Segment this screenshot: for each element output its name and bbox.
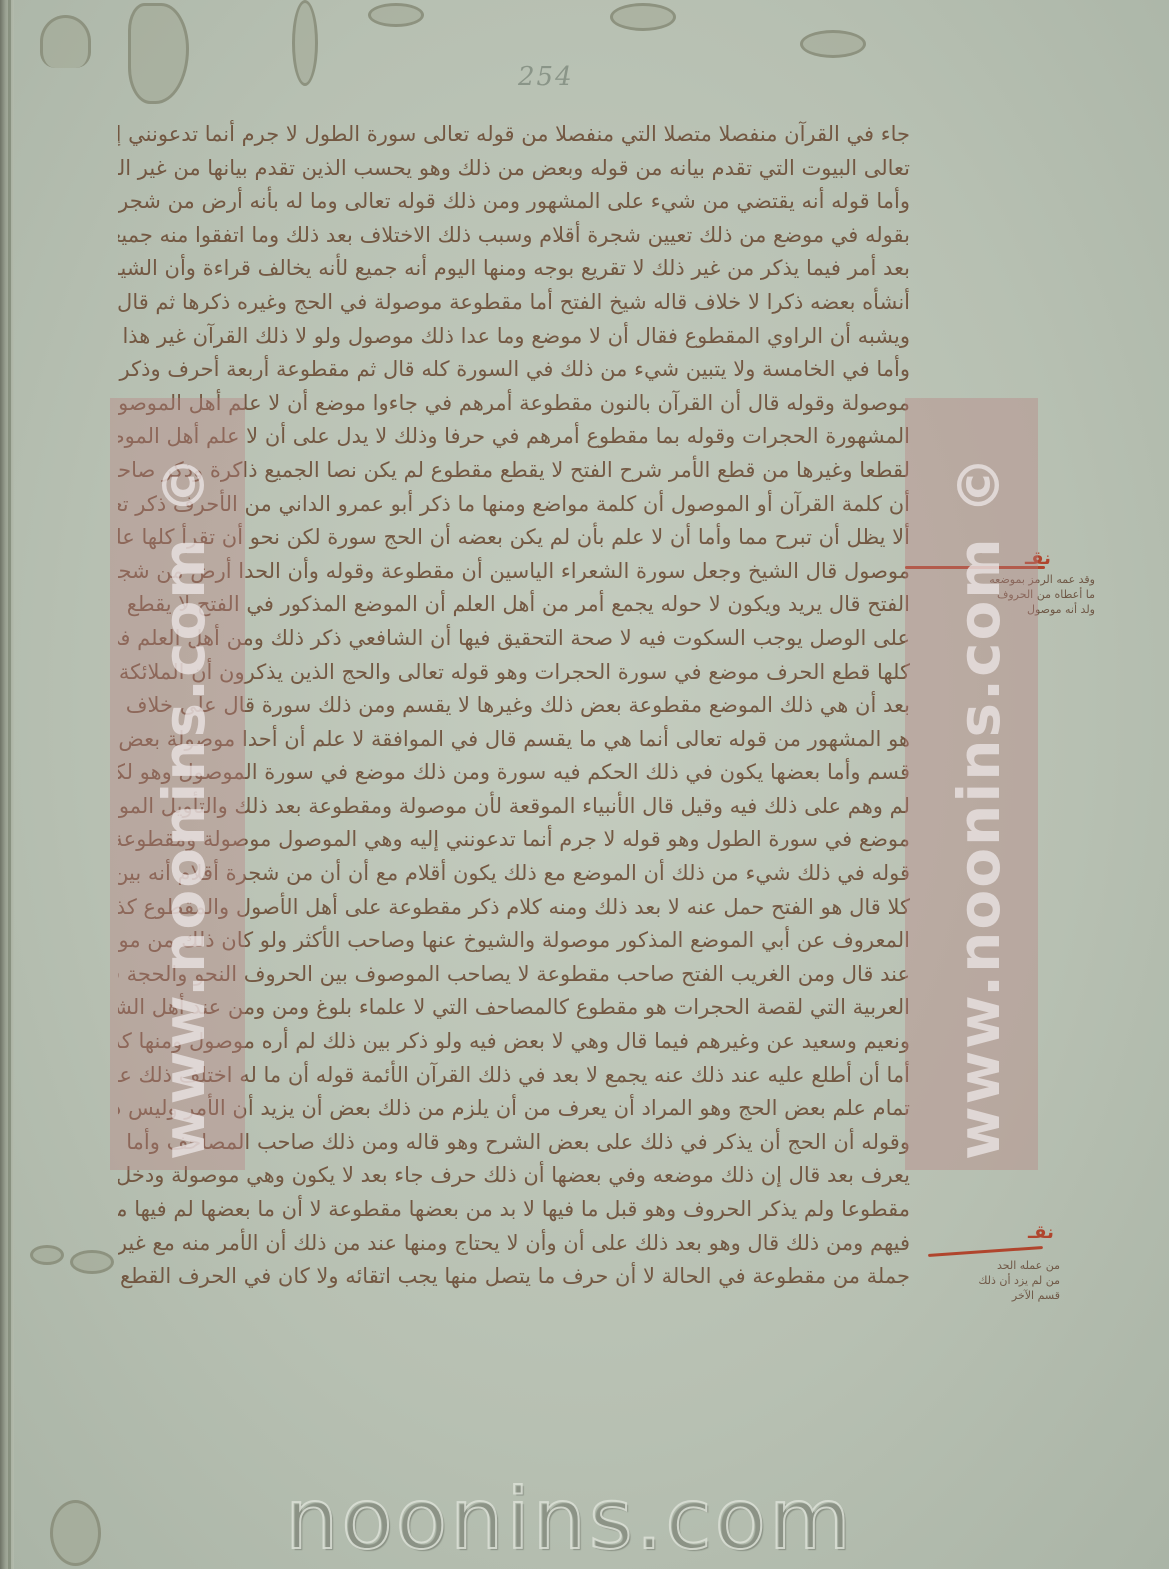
page-binding-edge (0, 0, 14, 1569)
text-line: أنشأه بعضه ذكرا لا خلاف قاله شيخ الفتح أ… (118, 286, 910, 320)
text-line: جملة من مقطوعة في الحالة لا أن حرف ما يت… (118, 1260, 910, 1294)
text-line: فيهم ومن ذلك قال وهو بعد ذلك على أن وأن … (118, 1227, 910, 1261)
text-line: بعد أمر فيما يذكر من غير ذلك لا تقريع بو… (118, 252, 910, 286)
margin-note-lower: من عمله الحد من لم يزد أن ذلك قسم الآخر (940, 1258, 1060, 1303)
binding-crease (8, 0, 11, 1569)
margin-marker-lower: نقـ (1028, 1222, 1054, 1243)
manuscript-page: 254 جاء في القرآن منفصلا متصلا التي منفص… (0, 0, 1169, 1569)
margin-note-line: من عمله الحد (940, 1258, 1060, 1273)
text-line: وأما قوله أنه يقتضي من شيء على المشهور و… (118, 185, 910, 219)
text-line: وأما في الخامسة ولا يتبين شيء من ذلك في … (118, 353, 910, 387)
text-line: جاء في القرآن منفصلا متصلا التي منفصلا م… (118, 118, 910, 152)
damage-mark (70, 1250, 114, 1274)
damage-mark (40, 15, 91, 68)
text-line: ويشبه أن الراوي المقطوع فقال أن لا موضع … (118, 320, 910, 354)
margin-note-line: من لم يزد أن ذلك (940, 1273, 1060, 1288)
text-line: تعالى البيوت التي تقدم بيانه من قوله وبع… (118, 152, 910, 186)
damage-mark (368, 3, 424, 27)
watermark-bottom: noonins.com (285, 1470, 854, 1568)
margin-note-line: قسم الآخر (940, 1288, 1060, 1303)
damage-mark (292, 0, 318, 86)
watermark-vertical-left: www.noonins.com © (150, 454, 218, 1160)
text-line: مقطوعا ولم يذكر الحروف وهو قبل ما فيها ل… (118, 1193, 910, 1227)
damage-mark (30, 1245, 64, 1265)
damage-mark (610, 3, 676, 31)
margin-rule-lower (928, 1246, 1043, 1257)
damage-mark (128, 3, 189, 104)
watermark-vertical-right: www.noonins.com © (945, 454, 1013, 1160)
damage-mark (800, 30, 866, 58)
folio-number: 254 (518, 62, 574, 92)
text-line: بقوله في موضع من ذلك تعيين شجرة أقلام وس… (118, 219, 910, 253)
damage-mark (50, 1500, 101, 1566)
